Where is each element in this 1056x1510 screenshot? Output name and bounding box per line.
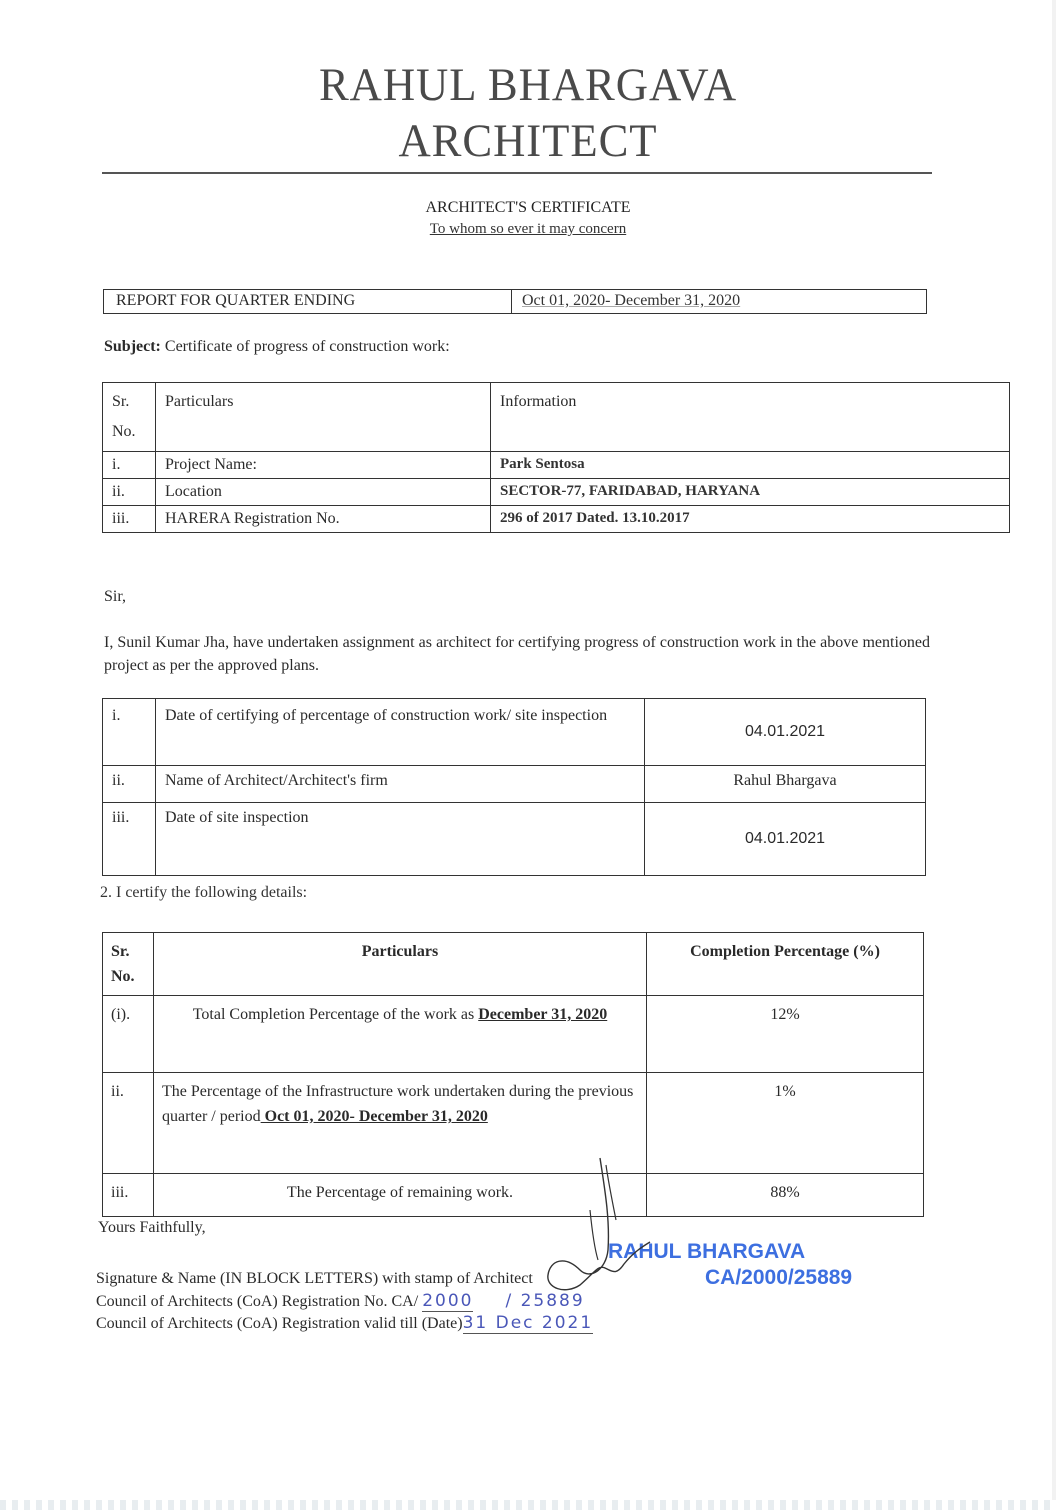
header-sr: Sr.No. [103, 933, 154, 996]
row-sr: i. [103, 699, 156, 766]
coa-registration-line: Council of Architects (CoA) Registration… [96, 1290, 585, 1313]
row-particular: Name of Architect/Architect's firm [156, 766, 645, 803]
header-particulars: Particulars [156, 383, 491, 452]
quarter-value: Oct 01, 2020- December 31, 2020 [512, 290, 740, 313]
header-information: Information [491, 383, 1010, 452]
table-header-row: Sr.No. Particulars Completion Percentage… [103, 933, 924, 996]
signature-scribble-icon [520, 1150, 680, 1300]
handwritten-valid-date: 31 Dec 2021 [463, 1313, 594, 1334]
row-value: 04.01.2021 [645, 803, 926, 876]
handwritten-reg-year: 2000 [422, 1291, 473, 1312]
row-value: 1% [647, 1073, 924, 1174]
table-row: iii. Date of site inspection 04.01.2021 [103, 803, 926, 876]
row-sr: i. [103, 452, 156, 479]
subject-line: Subject: Certificate of progress of cons… [104, 338, 450, 356]
row-info: Park Sentosa [491, 452, 1010, 479]
salutation: Sir, [104, 588, 126, 606]
certify-line: 2. I certify the following details: [100, 884, 307, 902]
row-particular: Project Name: [156, 452, 491, 479]
row-sr: iii. [103, 506, 156, 533]
row-info: 296 of 2017 Dated. 13.10.2017 [491, 506, 1010, 533]
quarter-label: REPORT FOR QUARTER ENDING [104, 290, 512, 313]
signature-line: Signature & Name (IN BLOCK LETTERS) with… [96, 1268, 533, 1290]
row-particular: Date of site inspection [156, 803, 645, 876]
closing: Yours Faithfully, [98, 1219, 206, 1237]
table-row: ii. Name of Architect/Architect's firm R… [103, 766, 926, 803]
coa-valid-line: Council of Architects (CoA) Registration… [96, 1312, 593, 1335]
certificate-subtitle: To whom so ever it may concern [0, 221, 1056, 238]
table-row: i. Project Name: Park Sentosa [103, 452, 1010, 479]
row-particular: Location [156, 479, 491, 506]
header-completion: Completion Percentage (%) [647, 933, 924, 996]
table-header-row: Sr.No. Particulars Information [103, 383, 1010, 452]
header-particulars: Particulars [154, 933, 647, 996]
scan-bottom-edge [0, 1500, 1056, 1510]
row-sr: ii. [103, 479, 156, 506]
row-sr: ii. [103, 1073, 154, 1174]
letterhead-name: RAHUL BHARGAVA [26, 58, 1029, 112]
row-value: 88% [647, 1174, 924, 1217]
header-sr: Sr.No. [103, 383, 156, 452]
row-sr: (i). [103, 996, 154, 1073]
header-divider [102, 172, 932, 174]
row-sr: ii. [103, 766, 156, 803]
row-particular: Total Completion Percentage of the work … [154, 996, 647, 1073]
row-value: 12% [647, 996, 924, 1073]
statement-paragraph: I, Sunil Kumar Jha, have undertaken assi… [104, 631, 930, 677]
row-sr: iii. [103, 1174, 154, 1217]
row-info: SECTOR-77, FARIDABAD, HARYANA [491, 479, 1010, 506]
row-value: 04.01.2021 [645, 699, 926, 766]
row-particular: HARERA Registration No. [156, 506, 491, 533]
table-row: iii. HARERA Registration No. 296 of 2017… [103, 506, 1010, 533]
stamp-registration: CA/2000/25889 [705, 1266, 852, 1290]
table-row: (i). Total Completion Percentage of the … [103, 996, 924, 1073]
row-particular: Date of certifying of percentage of cons… [156, 699, 645, 766]
page-edge [1052, 0, 1056, 1510]
table-row: ii. Location SECTOR-77, FARIDABAD, HARYA… [103, 479, 1010, 506]
letterhead-title: ARCHITECT [26, 114, 1029, 168]
table-row: ii. The Percentage of the Infrastructure… [103, 1073, 924, 1174]
project-table: Sr.No. Particulars Information i. Projec… [102, 382, 1010, 533]
table-row: iii. The Percentage of remaining work. 8… [103, 1174, 924, 1217]
certificate-title: ARCHITECT'S CERTIFICATE [0, 199, 1056, 217]
subject-text: Certificate of progress of construction … [161, 338, 450, 355]
table-row: i. Date of certifying of percentage of c… [103, 699, 926, 766]
inspection-table: i. Date of certifying of percentage of c… [102, 698, 926, 876]
quarter-box: REPORT FOR QUARTER ENDING Oct 01, 2020- … [103, 289, 927, 314]
subject-label: Subject: [104, 338, 161, 355]
row-value: Rahul Bhargava [645, 766, 926, 803]
row-sr: iii. [103, 803, 156, 876]
completion-table: Sr.No. Particulars Completion Percentage… [102, 932, 924, 1217]
